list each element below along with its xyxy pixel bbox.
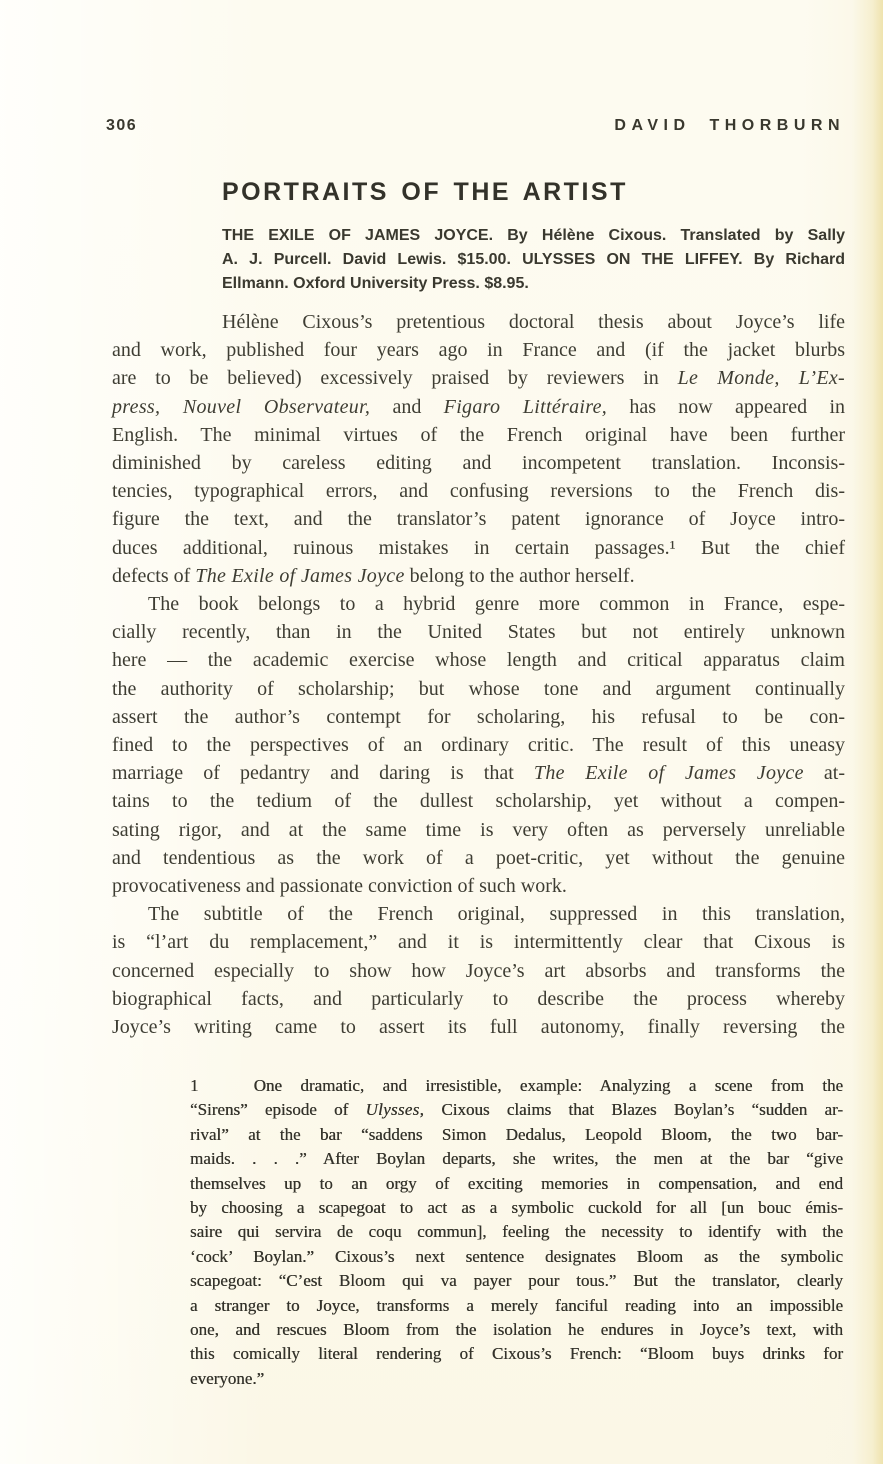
footnote: 1 One dramatic, and irresistible, exampl…: [190, 1074, 843, 1391]
text-line: figure the text, and the translator’s pa…: [112, 505, 845, 533]
text-line: Ellmann. Oxford University Press. $8.95.: [222, 272, 845, 296]
text-line: sating rigor, and at the same time is ve…: [112, 816, 845, 844]
text-line: fined to the perspectives of an ordinary…: [112, 731, 845, 759]
scanned-page: 306 DAVID THORBURN PORTRAITS OF THE ARTI…: [0, 0, 883, 1464]
text-line: English. The minimal virtues of the Fren…: [112, 421, 845, 449]
text-line: duces additional, ruinous mistakes in ce…: [112, 534, 845, 562]
text-line: and tendentious as the work of a poet-cr…: [112, 844, 845, 872]
bibliography: THE EXILE OF JAMES JOYCE. By Hélène Cixo…: [222, 224, 845, 296]
text-line: A. J. Purcell. David Lewis. $15.00. ULYS…: [222, 248, 845, 272]
text-line: by choosing a scapegoat to act as a symb…: [190, 1196, 843, 1220]
running-head: DAVID THORBURN: [614, 117, 845, 135]
text-line: saire qui servira de coqu commun], feeli…: [190, 1220, 843, 1244]
text-line: tains to the tedium of the dullest schol…: [112, 787, 845, 815]
text-line: the authority of scholarship; but whose …: [112, 675, 845, 703]
article-body: Hélène Cixous’s pretentious doctoral the…: [112, 308, 845, 1041]
page-header: 306 DAVID THORBURN: [106, 117, 845, 135]
text-line: defects of The Exile of James Joyce belo…: [112, 562, 845, 590]
text-line: maids. . . .” After Boylan departs, she …: [190, 1147, 843, 1171]
text-line: diminished by careless editing and incom…: [112, 449, 845, 477]
text-line: biographical facts, and particularly to …: [112, 985, 845, 1013]
text-line: press, Nouvel Observateur, and Figaro Li…: [112, 393, 845, 421]
text-line: 1 One dramatic, and irresistible, exampl…: [190, 1074, 843, 1098]
text-line: provocativeness and passionate convictio…: [112, 872, 845, 900]
text-line: “Sirens” episode of Ulysses, Cixous clai…: [190, 1098, 843, 1122]
text-line: are to be believed) excessively praised …: [112, 364, 845, 392]
text-line: ‘cock’ Boylan.” Cixous’s next sentence d…: [190, 1245, 843, 1269]
text-line: rival” at the bar “saddens Simon Dedalus…: [190, 1123, 843, 1147]
text-line: concerned especially to show how Joyce’s…: [112, 957, 845, 985]
text-line: a stranger to Joyce, transforms a merely…: [190, 1294, 843, 1318]
text-line: and work, published four years ago in Fr…: [112, 336, 845, 364]
text-line: cially recently, than in the United Stat…: [112, 618, 845, 646]
text-line: assert the author’s contempt for scholar…: [112, 703, 845, 731]
page-number: 306: [106, 117, 137, 135]
text-line: one, and rescues Bloom from the isolatio…: [190, 1318, 843, 1342]
text-line: is “l’art du remplacement,” and it is in…: [112, 928, 845, 956]
text-line: this comically literal rendering of Cixo…: [190, 1342, 843, 1366]
paragraph: The book belongs to a hybrid genre more …: [112, 590, 845, 900]
article-title: PORTRAITS OF THE ARTIST: [222, 178, 628, 207]
text-line: tencies, typographical errors, and confu…: [112, 477, 845, 505]
text-line: themselves up to an orgy of exciting mem…: [190, 1172, 843, 1196]
text-line: marriage of pedantry and daring is that …: [112, 759, 845, 787]
text-line: scapegoat: “C’est Bloom qui va payer pou…: [190, 1269, 843, 1293]
paragraph: The subtitle of the French original, sup…: [112, 900, 845, 1041]
paragraph: Hélène Cixous’s pretentious doctoral the…: [112, 308, 845, 590]
text-line: Hélène Cixous’s pretentious doctoral the…: [112, 308, 845, 336]
text-line: The subtitle of the French original, sup…: [112, 900, 845, 928]
text-line: The book belongs to a hybrid genre more …: [112, 590, 845, 618]
text-line: everyone.”: [190, 1367, 843, 1391]
text-line: here — the academic exercise whose lengt…: [112, 646, 845, 674]
text-line: Joyce’s writing came to assert its full …: [112, 1013, 845, 1041]
text-line: THE EXILE OF JAMES JOYCE. By Hélène Cixo…: [222, 224, 845, 248]
